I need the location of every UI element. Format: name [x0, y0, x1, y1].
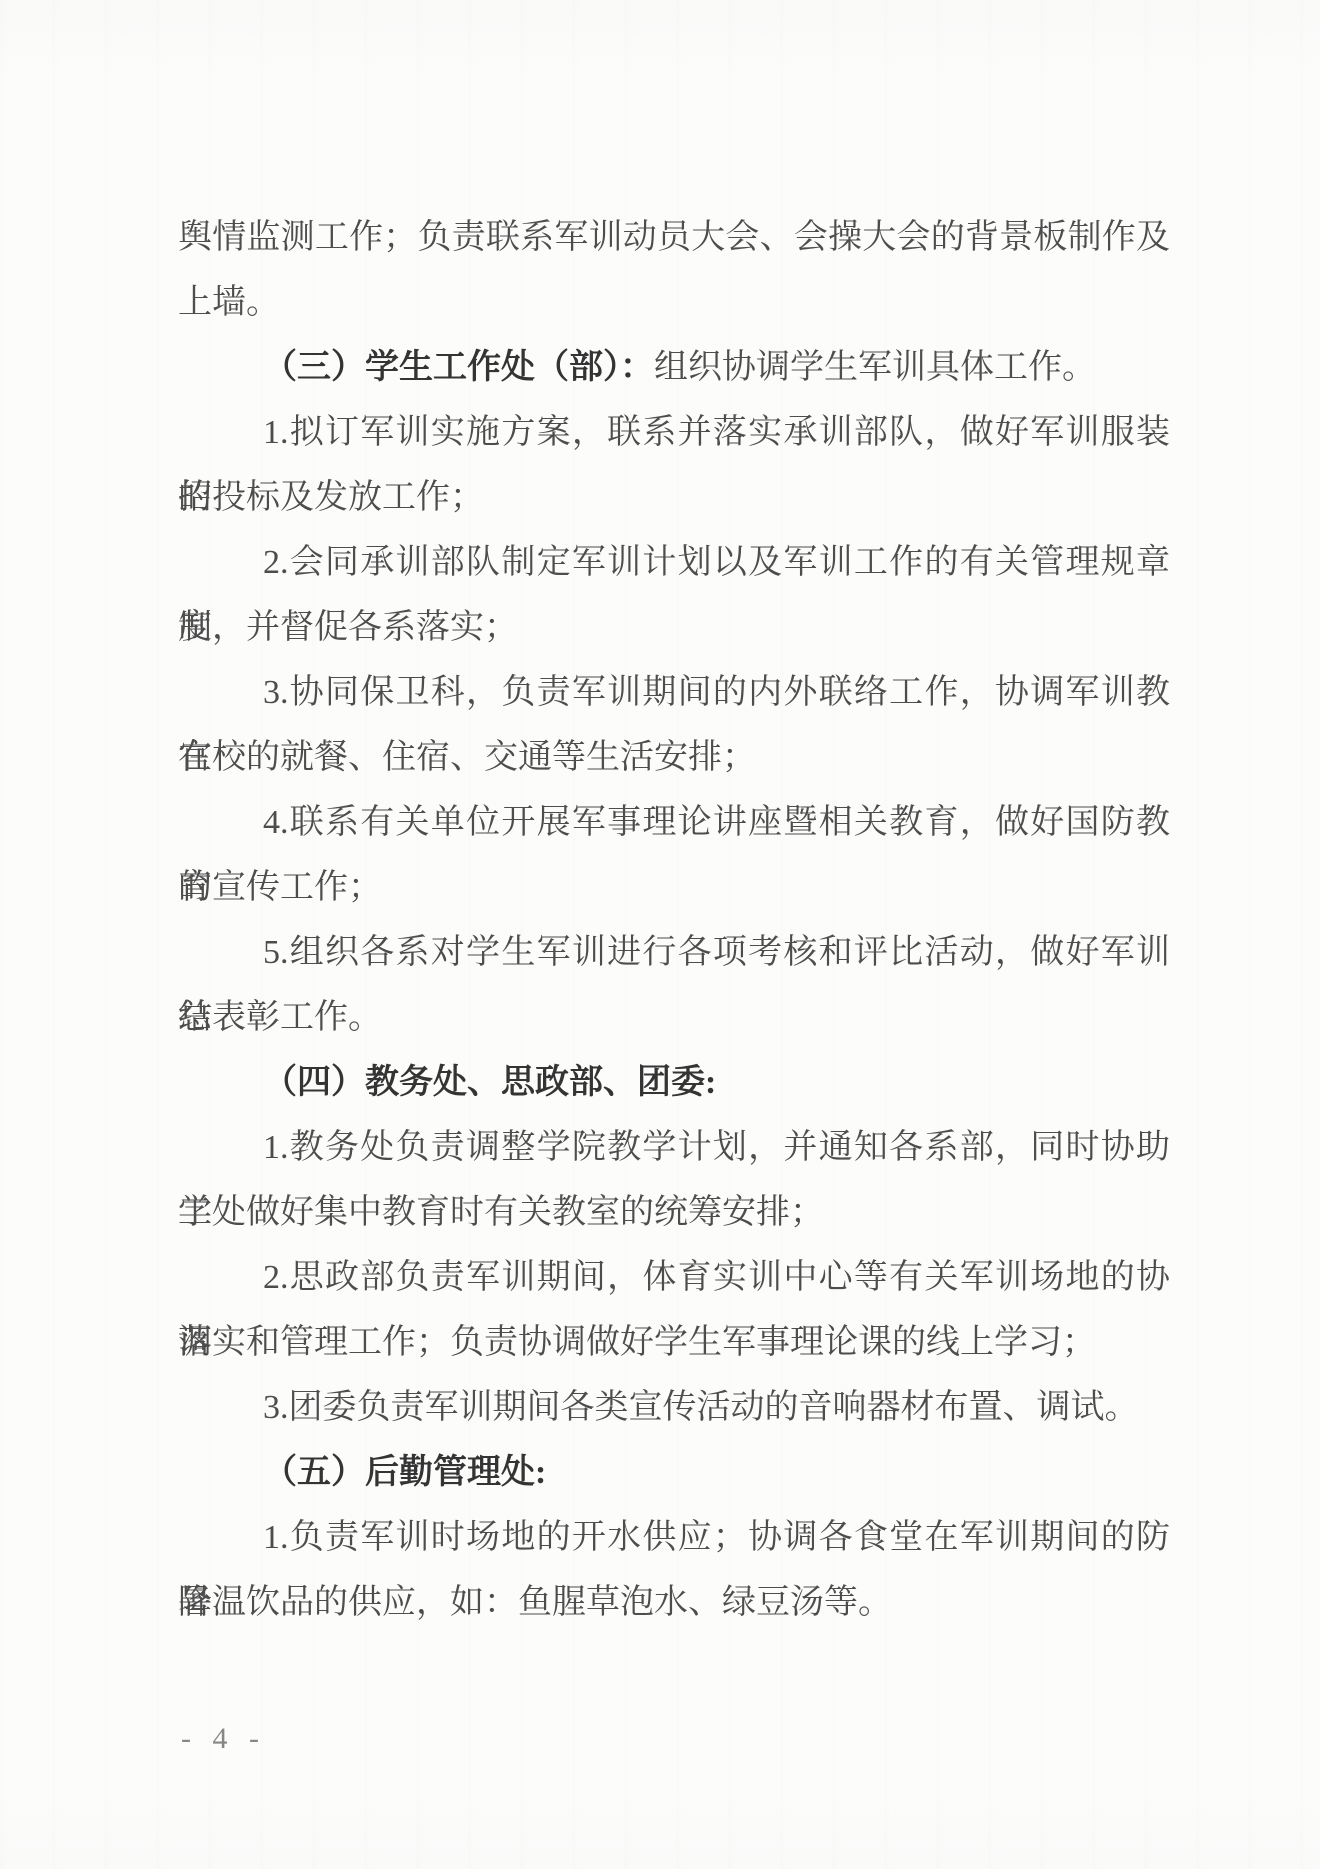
section-heading-line: （四）教务处、思政部、团委: — [178, 1050, 1170, 1115]
paragraph-text: 度，并督促各系落实； — [178, 609, 518, 646]
body-text-line: 1.教务处负责调整学院教学计划，并通知各系部，同时协助学 — [178, 1115, 1170, 1180]
heading-text: （四）教务处、思政部、团委: — [263, 1064, 716, 1101]
body-text-line: 舆情监测工作；负责联系军训动员大会、会操大会的背景板制作及 — [178, 205, 1170, 270]
paragraph-text: 在校的就餐、住宿、交通等生活安排； — [178, 739, 756, 776]
body-text-line: 1.负责军训时场地的开水供应；协调各食堂在军训期间的防暑 — [178, 1505, 1170, 1570]
body-text-line: 在校的就餐、住宿、交通等生活安排； — [178, 725, 1170, 790]
body-text-line: 招投标及发放工作； — [178, 465, 1170, 530]
heading-text: （三）学生工作处（部）： — [263, 349, 654, 386]
page-footer: - 4 - — [181, 1722, 266, 1756]
paragraph-text: 落实和管理工作；负责协调做好学生军事理论课的线上学习； — [178, 1324, 1096, 1361]
paragraph-text: 上墙。 — [178, 284, 280, 321]
document-page: 舆情监测工作；负责联系军训动员大会、会操大会的背景板制作及上墙。（三）学生工作处… — [0, 0, 1320, 1869]
section-heading-line: （三）学生工作处（部）：组织协调学生军训具体工作。 — [178, 335, 1170, 400]
body-text-line: 1.拟订军训实施方案，联系并落实承训部队，做好军训服装的 — [178, 400, 1170, 465]
paragraph-text: 组织协调学生军训具体工作。 — [654, 349, 1096, 386]
body-text-line: 4.联系有关单位开展军事理论讲座暨相关教育，做好国防教育 — [178, 790, 1170, 855]
body-text-line: 工处做好集中教育时有关教室的统筹安排； — [178, 1180, 1170, 1245]
body-text-line: 2.会同承训部队制定军训计划以及军训工作的有关管理规章制 — [178, 530, 1170, 595]
body-text-line: 落实和管理工作；负责协调做好学生军事理论课的线上学习； — [178, 1310, 1170, 1375]
body-text-line: 5.组织各系对学生军训进行各项考核和评比活动，做好军训总 — [178, 920, 1170, 985]
section-heading-line: （五）后勤管理处: — [178, 1440, 1170, 1505]
body-text-line: 度，并督促各系落实； — [178, 595, 1170, 660]
paragraph-text: 工处做好集中教育时有关教室的统筹安排； — [178, 1194, 824, 1231]
paragraph-text: 的宣传工作； — [178, 869, 382, 906]
paragraph-text: 结表彰工作。 — [178, 999, 382, 1036]
paragraph-text: 舆情监测工作；负责联系军训动员大会、会操大会的背景板制作及 — [178, 219, 1170, 256]
body-text-line: 的宣传工作； — [178, 855, 1170, 920]
body-text-line: 上墙。 — [178, 270, 1170, 335]
body-text-line: 3.协同保卫科，负责军训期间的内外联络工作，协调军训教官 — [178, 660, 1170, 725]
heading-text: （五）后勤管理处: — [263, 1454, 546, 1491]
body-text-line: 降温饮品的供应，如：鱼腥草泡水、绿豆汤等。 — [178, 1570, 1170, 1635]
body-text-line: 结表彰工作。 — [178, 985, 1170, 1050]
paragraph-text: 3.团委负责军训期间各类宣传活动的音响器材布置、调试。 — [263, 1389, 1139, 1426]
body-text-line: 3.团委负责军训期间各类宣传活动的音响器材布置、调试。 — [178, 1375, 1170, 1440]
body-text-line: 2.思政部负责军训期间，体育实训中心等有关军训场地的协调 — [178, 1245, 1170, 1310]
document-body: 舆情监测工作；负责联系军训动员大会、会操大会的背景板制作及上墙。（三）学生工作处… — [178, 205, 1170, 1635]
paragraph-text: 降温饮品的供应，如：鱼腥草泡水、绿豆汤等。 — [178, 1584, 892, 1621]
paragraph-text: 招投标及发放工作； — [178, 479, 484, 516]
page-number: - 4 - — [181, 1722, 266, 1755]
